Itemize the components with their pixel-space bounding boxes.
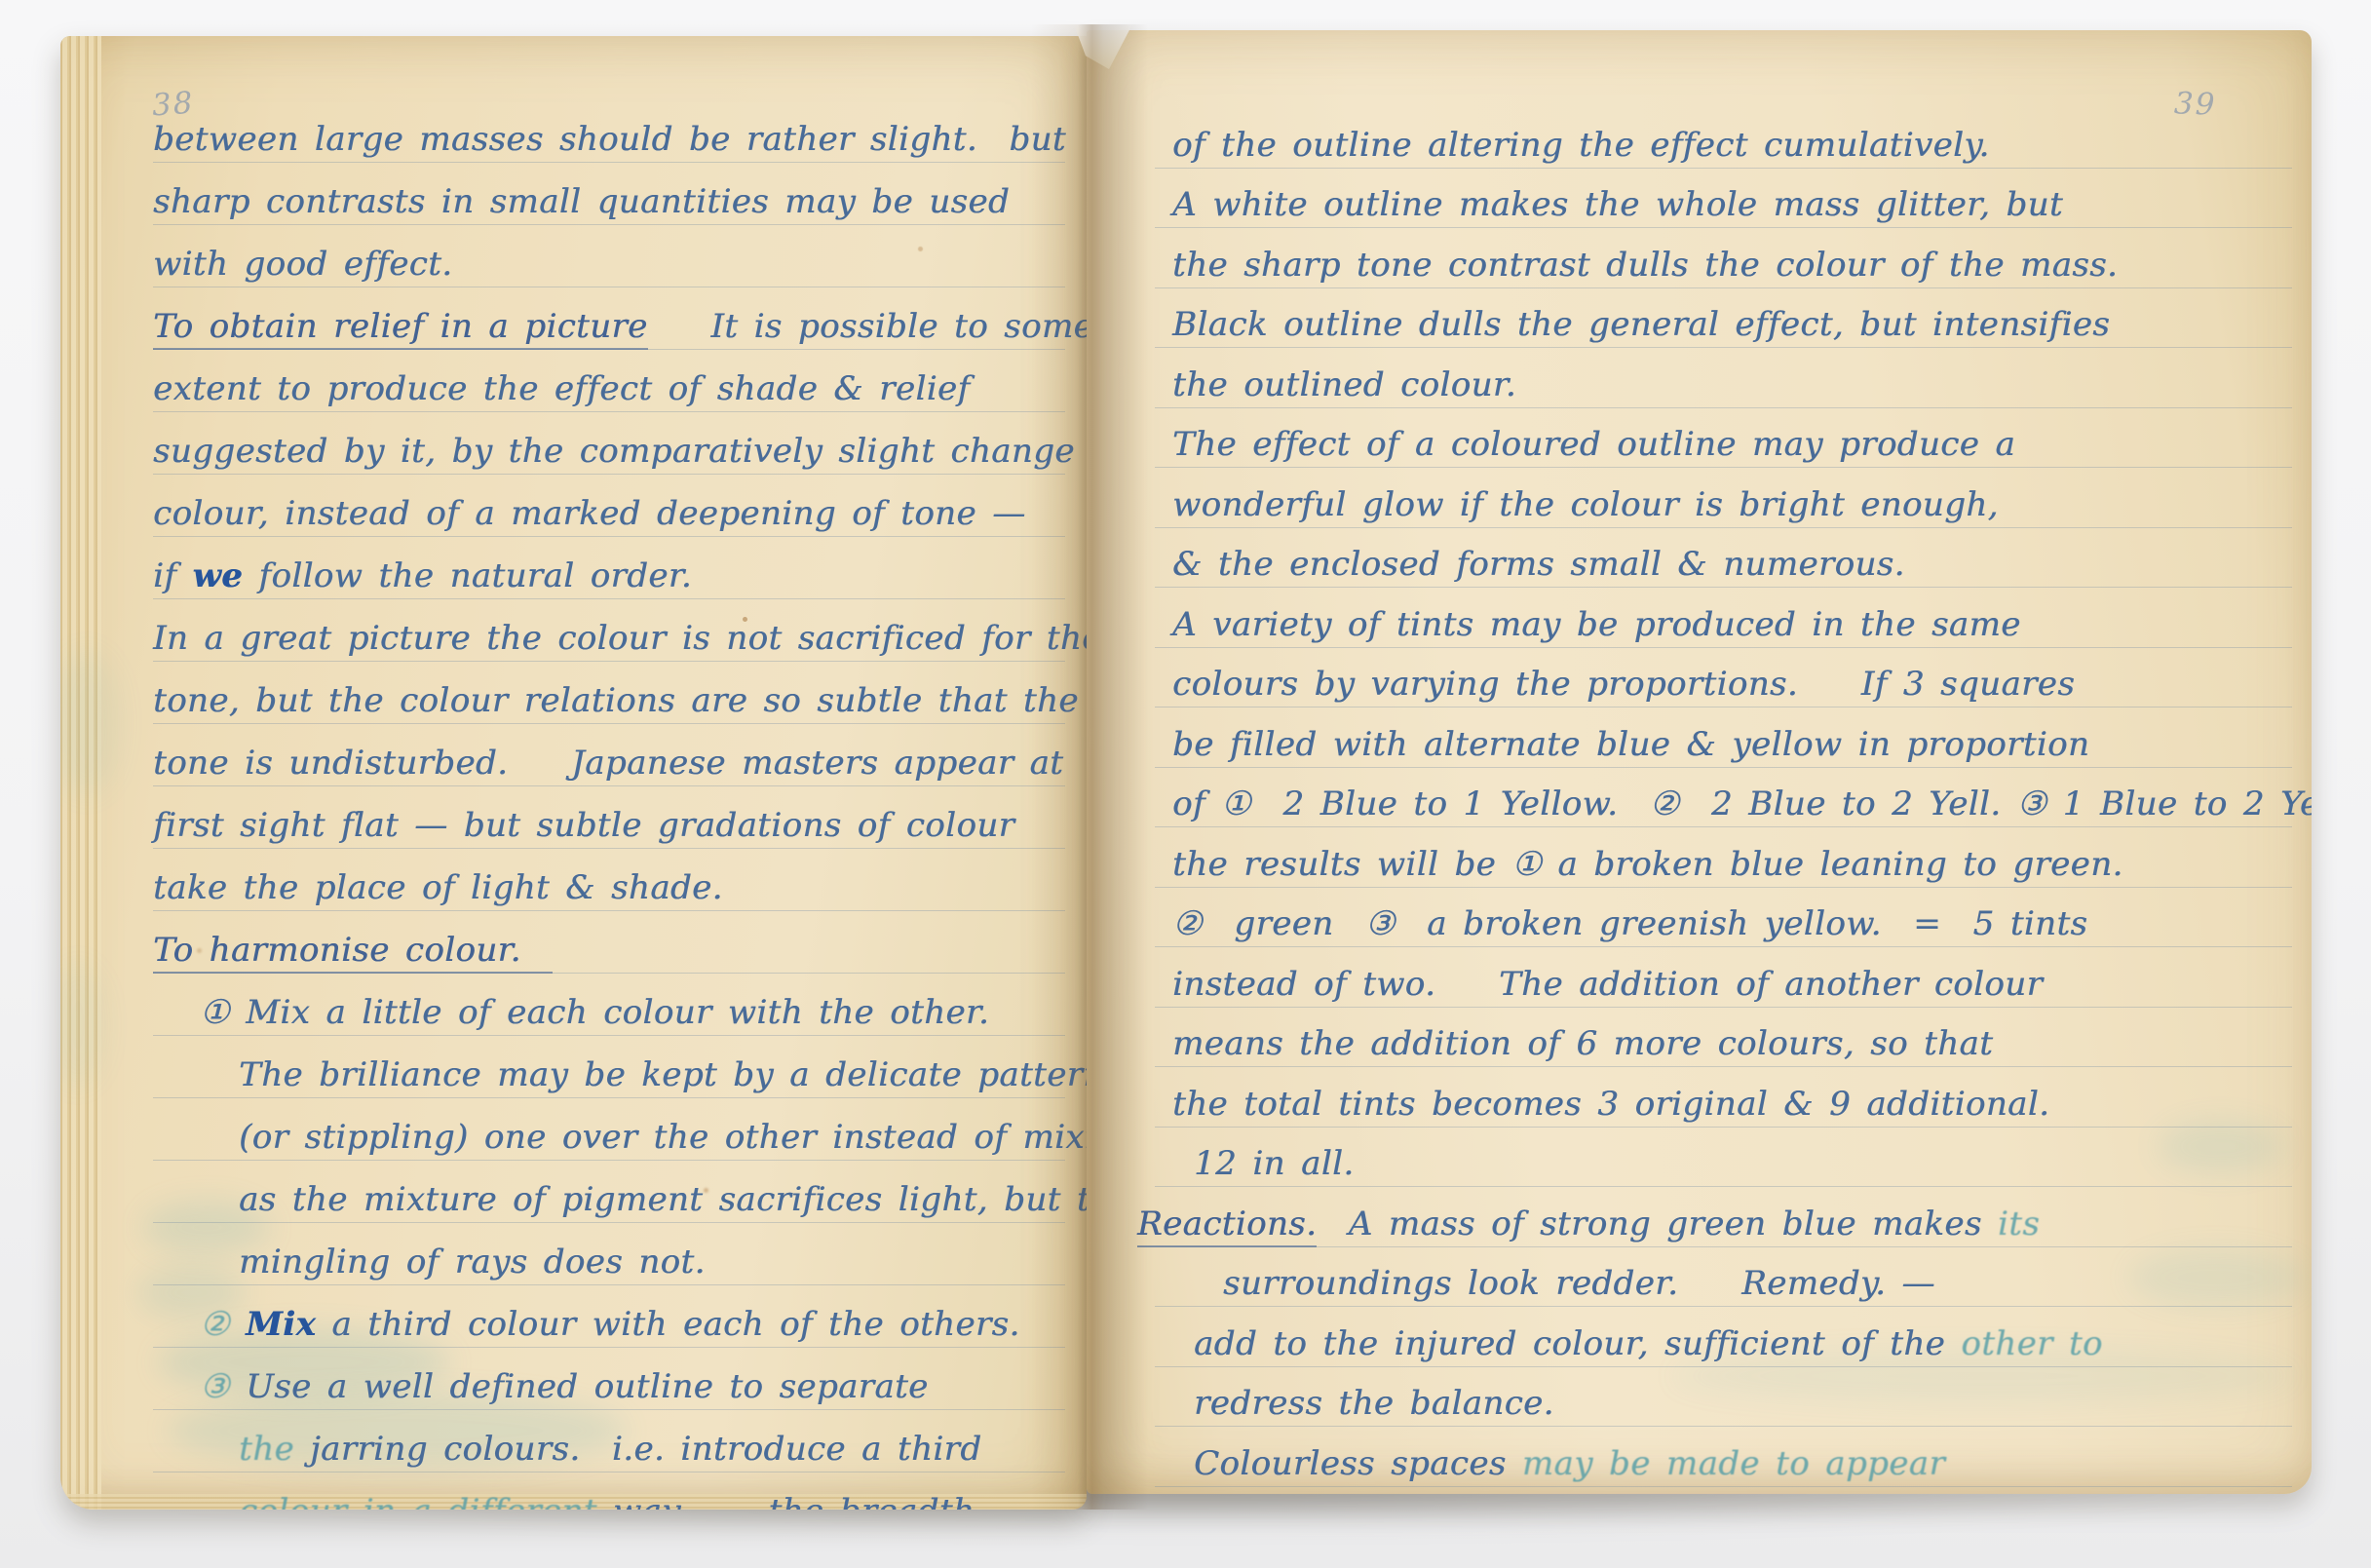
handwriting-text: way. — the breadth	[613, 1492, 975, 1510]
handwriting-text: Use a well defined outline to separate	[246, 1367, 928, 1406]
handwriting-line: The effect of a coloured outline may pro…	[1155, 408, 2292, 469]
handwriting-text: may be made to appear	[1522, 1444, 1945, 1483]
handwriting-line: suggested by it, by the comparatively sl…	[153, 412, 1065, 475]
handwriting-line: tone, but the colour relations are so su…	[153, 662, 1065, 724]
handwriting-text: the sharp tone contrast dulls the colour…	[1172, 246, 2118, 285]
handwriting-text: tone is undisturbed. Japanese masters ap…	[153, 744, 1063, 783]
photo-background: 38 between large masses should be rather…	[0, 0, 2371, 1568]
handwriting-text: suggested by it, by the comparatively sl…	[153, 432, 1087, 471]
handwriting-text: extent to produce the effect of shade & …	[153, 369, 970, 408]
handwriting-text: with good effect.	[153, 245, 452, 284]
handwriting-text: other to	[1945, 1324, 2103, 1363]
handwriting-text: a third colour with each of the others.	[316, 1305, 1019, 1344]
right-page-text: of the outline altering the effect cumul…	[1155, 108, 2292, 1494]
handwriting-text: add to the injured colour, sufficient of…	[1194, 1324, 1945, 1363]
handwriting-text: wonderful glow if the colour is bright e…	[1172, 485, 1999, 524]
handwriting-line: mingling of rays does not.	[153, 1223, 1065, 1285]
handwriting-text: (or stippling) one over the other instea…	[239, 1118, 1087, 1157]
handwriting-line: between large masses should be rather sl…	[153, 100, 1065, 163]
handwriting-text: colours by varying the proportions. If 3…	[1172, 665, 2075, 704]
handwriting-text: colour in a different	[239, 1492, 613, 1510]
handwriting-text: the outlined colour.	[1172, 365, 1516, 404]
handwriting-line: Black outline dulls the general effect, …	[1155, 288, 2292, 349]
handwriting-line: first sight flat — but subtle gradations…	[153, 786, 1065, 849]
handwriting-line: with good effect.	[153, 225, 1065, 287]
page-edge-stack	[60, 36, 101, 1510]
handwriting-text: The brilliance may be kept by a delicate…	[239, 1055, 1087, 1094]
handwriting-text: take the place of light & shade.	[153, 868, 723, 907]
handwriting-text: 12 in all.	[1194, 1144, 1354, 1183]
handwriting-line: surroundings look redder. Remedy. —	[1155, 1247, 2292, 1308]
handwriting-text: A mass of strong green blue makes	[1317, 1205, 1981, 1243]
handwriting-text: mingling of rays does not.	[239, 1243, 706, 1281]
handwriting-text: of ① 2 Blue to 1 Yellow. ② 2 Blue to 2 Y…	[1172, 784, 2312, 823]
handwriting-text: the total tints becomes 3 original & 9 a…	[1172, 1085, 2049, 1124]
handwriting-text: be filled with alternate blue & yellow i…	[1172, 725, 2089, 764]
handwriting-line: To harmonise colour.	[153, 911, 1065, 974]
left-page-text: between large masses should be rather sl…	[153, 100, 1065, 1510]
right-page: 39 of the outline altering the effect cu…	[1087, 30, 2312, 1494]
handwriting-line: sharp contrasts in small quantities may …	[153, 163, 1065, 225]
handwriting-line: wonderful glow if the colour is bright e…	[1155, 468, 2292, 528]
notebook: 38 between large masses should be rather…	[60, 24, 2312, 1510]
handwriting-line: 12 in all.	[1155, 1128, 2292, 1188]
handwriting-line: In a great picture the colour is not sac…	[153, 599, 1065, 662]
handwriting-text: tone, but the colour relations are so su…	[153, 681, 1079, 720]
handwriting-line: colour in a different way. — the breadth	[153, 1472, 1065, 1510]
handwriting-text: sharp contrasts in small quantities may …	[153, 182, 1010, 221]
handwriting-line: The brilliance may be kept by a delicate…	[153, 1036, 1065, 1098]
handwriting-line: & the enclosed forms small & numerous.	[1155, 528, 2292, 589]
handwriting-line: A white outline makes the whole mass gli…	[1155, 169, 2292, 229]
underlined-heading: Reactions.	[1137, 1205, 1317, 1247]
handwriting-text: surroundings look redder. Remedy. —	[1223, 1264, 1935, 1303]
handwriting-text: between large masses should be rather sl…	[153, 120, 1066, 159]
handwriting-text: instead of two. The addition of another …	[1172, 965, 2043, 1004]
handwriting-text: redress the balance.	[1194, 1384, 1554, 1423]
underlined-heading: To harmonise colour.	[153, 931, 553, 974]
handwriting-line: the sharp tone contrast dulls the colour…	[1155, 228, 2292, 288]
handwriting-text: its	[1982, 1205, 2040, 1243]
handwriting-line: ② Mix a third colour with each of the ot…	[153, 1285, 1065, 1348]
handwriting-line: Colourless spaces may be made to appear	[1155, 1427, 2292, 1487]
handwriting-text: The effect of a coloured outline may pro…	[1172, 425, 2015, 464]
handwriting-line: the outlined colour.	[1155, 348, 2292, 408]
handwriting-text: Colourless spaces	[1194, 1444, 1522, 1483]
handwriting-text: colour, instead of a marked deepening of…	[153, 494, 1026, 533]
handwriting-line: ① Mix a little of each colour with the o…	[153, 974, 1065, 1036]
handwriting-line: the jarring colours. i.e. introduce a th…	[153, 1410, 1065, 1472]
handwriting-text: ① Mix a little of each colour with the o…	[200, 993, 989, 1032]
handwriting-line: as the mixture of pigment sacrifices lig…	[153, 1161, 1065, 1223]
underlined-heading: To obtain relief in a picture	[153, 307, 648, 350]
handwriting-line: add to the injured colour, sufficient of…	[1155, 1307, 2292, 1367]
handwriting-text: In a great picture the colour is not sac…	[153, 619, 1087, 658]
handwriting-text: jarring colours. i.e. introduce a third	[310, 1430, 981, 1469]
handwriting-line: the results will be ① a broken blue lean…	[1155, 827, 2292, 888]
handwriting-line: the total tints becomes 3 original & 9 a…	[1155, 1067, 2292, 1128]
handwriting-text: A white outline makes the whole mass gli…	[1172, 185, 2063, 224]
handwriting-line: be filled with alternate blue & yellow i…	[1155, 708, 2292, 768]
handwriting-line: means the addition of 6 more colours, so…	[1155, 1008, 2292, 1068]
handwriting-text: & the enclosed forms small & numerous.	[1172, 545, 1905, 584]
handwriting-text: as the mixture of pigment sacrifices lig…	[239, 1180, 1087, 1219]
handwriting-line: To obtain relief in a picture It is poss…	[153, 287, 1065, 350]
handwriting-line: (or stippling) one over the other instea…	[153, 1098, 1065, 1161]
handwriting-line: if we follow the natural order.	[153, 537, 1065, 599]
handwriting-line: redress the balance.	[1155, 1367, 2292, 1428]
handwriting-text: first sight flat — but subtle gradations…	[153, 806, 1014, 845]
handwriting-text: if	[153, 556, 192, 595]
handwriting-text: ②	[200, 1305, 246, 1344]
handwriting-text: the results will be ① a broken blue lean…	[1172, 845, 2123, 884]
left-page: 38 between large masses should be rather…	[60, 36, 1087, 1510]
handwriting-text: Black outline dulls the general effect, …	[1172, 305, 2110, 344]
handwriting-line: ③ Use a well defined outline to separate	[153, 1348, 1065, 1410]
handwriting-line: A variety of tints may be produced in th…	[1155, 588, 2292, 648]
handwriting-text: ③	[200, 1367, 246, 1406]
handwriting-text: ② green ③ a broken greenish yellow. = 5 …	[1172, 904, 2087, 943]
handwriting-line: take the place of light & shade.	[153, 849, 1065, 911]
handwriting-text: Mix	[246, 1305, 316, 1344]
handwriting-text: It is possible to some	[648, 307, 1087, 346]
handwriting-text: of the outline altering the effect cumul…	[1172, 126, 1990, 165]
handwriting-text: we	[192, 556, 243, 595]
handwriting-line: colours by varying the proportions. If 3…	[1155, 648, 2292, 708]
handwriting-text: A variety of tints may be produced in th…	[1172, 605, 2021, 644]
handwriting-line: of the outline altering the effect cumul…	[1155, 108, 2292, 169]
handwriting-line: instead of two. The addition of another …	[1155, 947, 2292, 1008]
handwriting-text: the	[239, 1430, 310, 1469]
handwriting-line: extent to produce the effect of shade & …	[153, 350, 1065, 412]
handwriting-line: colour, instead of a marked deepening of…	[153, 475, 1065, 537]
handwriting-line: tone is undisturbed. Japanese masters ap…	[153, 724, 1065, 786]
handwriting-line: of ① 2 Blue to 1 Yellow. ② 2 Blue to 2 Y…	[1155, 768, 2292, 828]
handwriting-line: Reactions. A mass of strong green blue m…	[1137, 1187, 2292, 1247]
handwriting-text: means the addition of 6 more colours, so…	[1172, 1024, 1993, 1063]
handwriting-text: follow the natural order.	[243, 556, 692, 595]
handwriting-line: ② green ③ a broken greenish yellow. = 5 …	[1155, 888, 2292, 948]
